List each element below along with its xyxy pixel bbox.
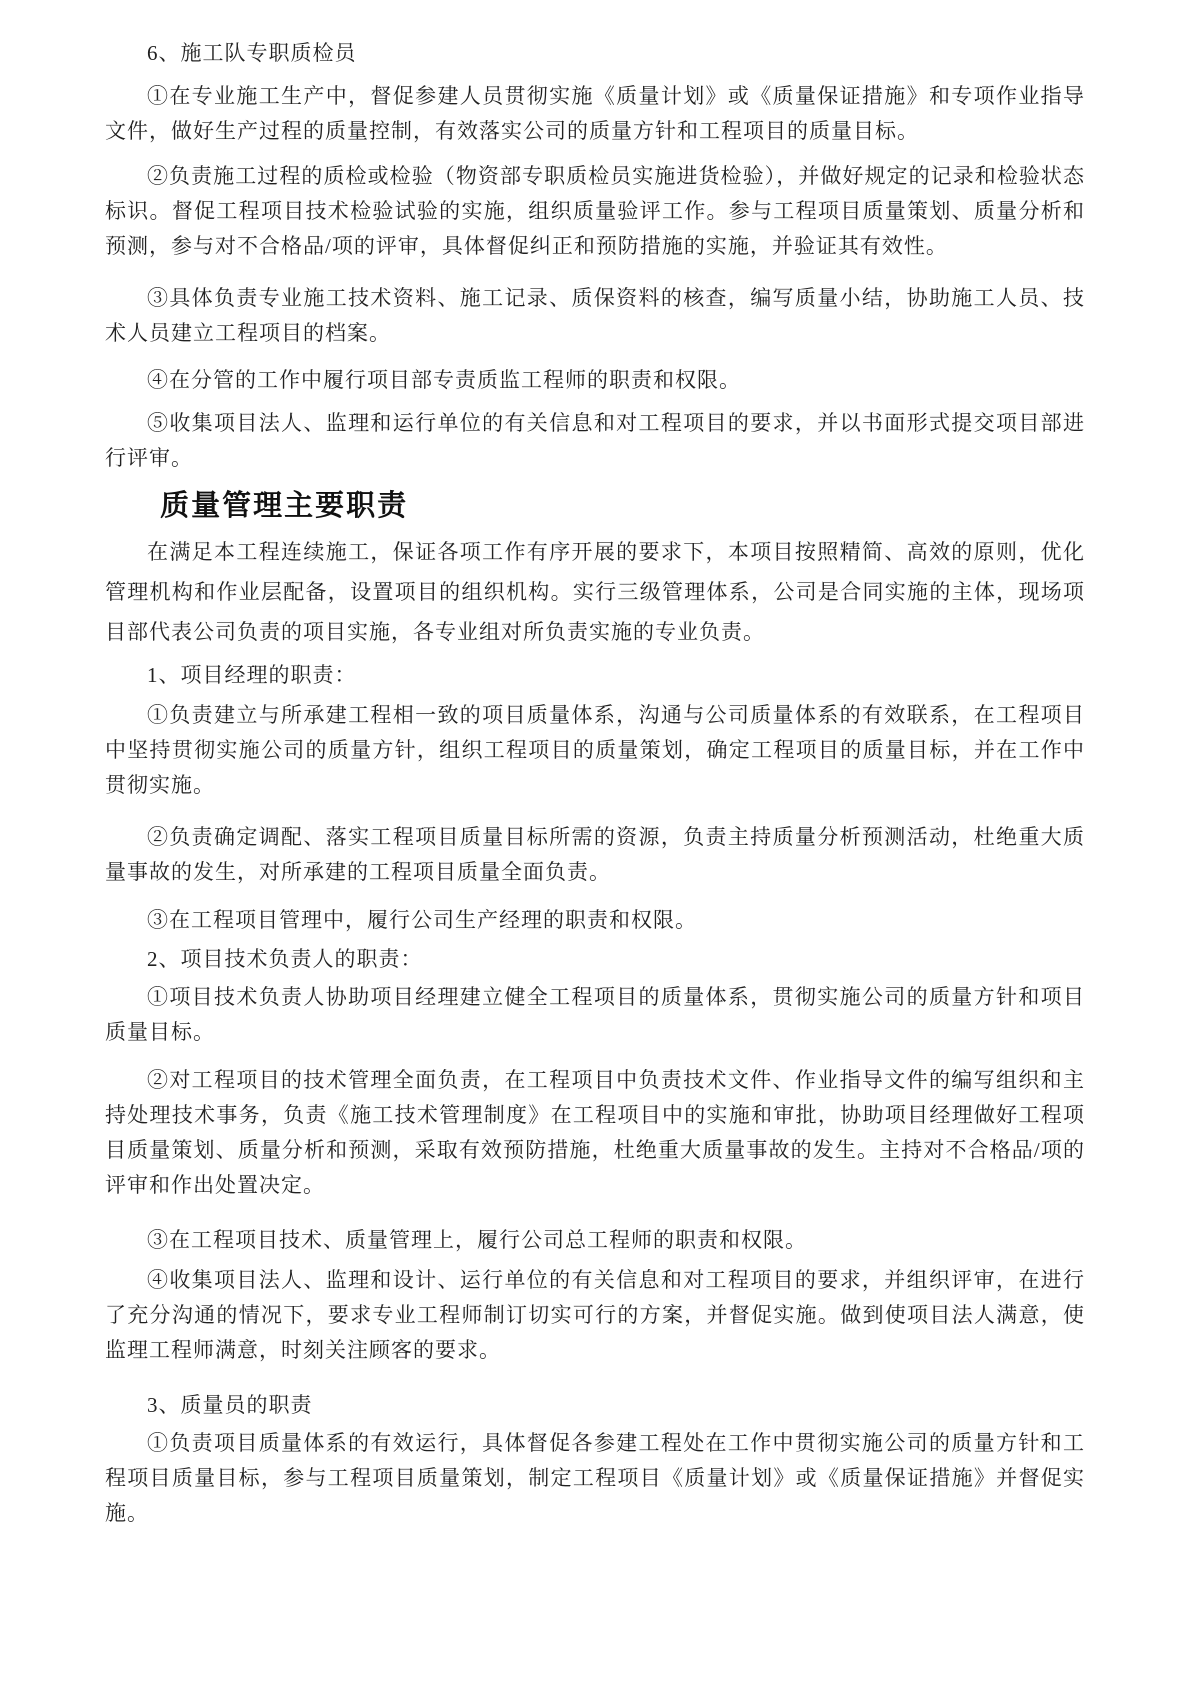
- paragraph: ⑤收集项目法人、监理和运行单位的有关信息和对工程项目的要求，并以书面形式提交项目…: [105, 406, 1085, 476]
- paragraph: ②负责确定调配、落实工程项目质量目标所需的资源，负责主持质量分析预测活动，杜绝重…: [105, 820, 1085, 890]
- paragraph: ④在分管的工作中履行项目部专责质监工程师的职责和权限。: [105, 363, 1085, 398]
- paragraph: ①负责项目质量体系的有效运行，具体督促各参建工程处在工作中贯彻实施公司的质量方针…: [105, 1426, 1085, 1531]
- paragraph: ③具体负责专业施工技术资料、施工记录、质保资料的核查，编写质量小结，协助施工人员…: [105, 281, 1085, 351]
- paragraph: ③在工程项目管理中，履行公司生产经理的职责和权限。: [105, 903, 1085, 938]
- section-heading: 质量管理主要职责: [105, 484, 1085, 528]
- item-title: 6、施工队专职质检员: [105, 36, 1085, 71]
- intro-paragraph: 在满足本工程连续施工，保证各项工作有序开展的要求下，本项目按照精简、高效的原则，…: [105, 532, 1085, 652]
- item-title: 1、项目经理的职责：: [105, 658, 1085, 693]
- paragraph: ③在工程项目技术、质量管理上，履行公司总工程师的职责和权限。: [105, 1223, 1085, 1258]
- paragraph: ②负责施工过程的质检或检验（物资部专职质检员实施进货检验），并做好规定的记录和检…: [105, 159, 1085, 264]
- paragraph: ①在专业施工生产中，督促参建人员贯彻实施《质量计划》或《质量保证措施》和专项作业…: [105, 79, 1085, 149]
- item-title: 2、项目技术负责人的职责：: [105, 942, 1085, 977]
- paragraph: ④收集项目法人、监理和设计、运行单位的有关信息和对工程项目的要求，并组织评审，在…: [105, 1263, 1085, 1368]
- paragraph: ②对工程项目的技术管理全面负责，在工程项目中负责技术文件、作业指导文件的编写组织…: [105, 1063, 1085, 1203]
- document-page: 6、施工队专职质检员 ①在专业施工生产中，督促参建人员贯彻实施《质量计划》或《质…: [0, 0, 1190, 1684]
- paragraph: ①项目技术负责人协助项目经理建立健全工程项目的质量体系，贯彻实施公司的质量方针和…: [105, 980, 1085, 1050]
- item-title: 3、质量员的职责: [105, 1388, 1085, 1423]
- paragraph: ①负责建立与所承建工程相一致的项目质量体系，沟通与公司质量体系的有效联系，在工程…: [105, 698, 1085, 803]
